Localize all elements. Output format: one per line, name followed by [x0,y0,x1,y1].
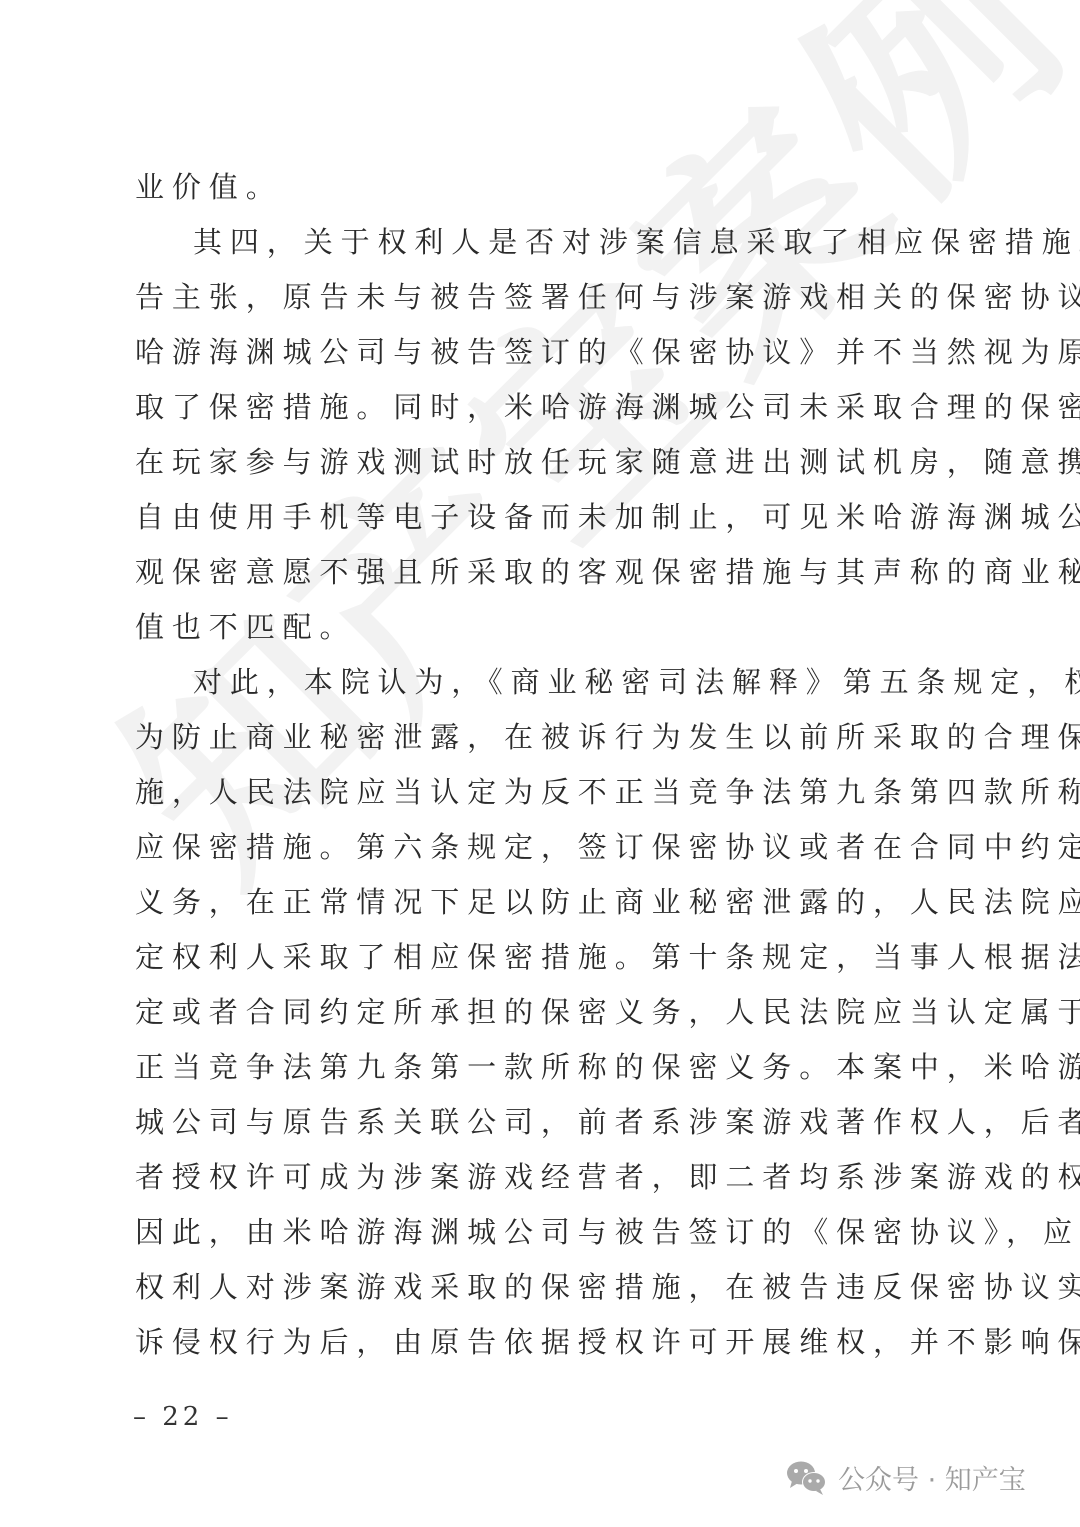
text-line: 定权利人采取了相应保密措施。第十条规定，当事人根据法律规 [135,930,950,985]
text-line: 应保密措施。第六条规定，签订保密协议或者在合同中约定保密 [135,820,950,875]
footer-brand: 公众号 · 知产宝 [786,1458,1026,1497]
text-line: 哈游海渊城公司与被告签订的《保密协议》并不当然视为原告采 [135,325,950,380]
text-line: 观保密意愿不强且所采取的客观保密措施与其声称的商业秘密价 [135,545,950,600]
text-line: 告主张，原告未与被告签署任何与涉案游戏相关的保密协议，米 [135,270,950,325]
text-line: 定或者合同约定所承担的保密义务，人民法院应当认定属于反不 [135,985,950,1040]
text-line: 业价值。 [135,160,950,215]
text-line: 值也不匹配。 [135,600,950,655]
text-line: 因此，由米哈游海渊城公司与被告签订的《保密协议》，应当视为 [135,1205,950,1260]
text-line: 诉侵权行为后，由原告依据授权许可开展维权，并不影响保密措 [135,1315,950,1370]
text-line: 在玩家参与游戏测试时放任玩家随意进出测试机房，随意携带且 [135,435,950,490]
text-line: 权利人对涉案游戏采取的保密措施，在被告违反保密协议实施被 [135,1260,950,1315]
text-line: 正当竞争法第九条第一款所称的保密义务。本案中，米哈游海渊 [135,1040,950,1095]
wechat-icon [786,1460,828,1496]
text-line: 其四，关于权利人是否对涉案信息采取了相应保密措施。被 [135,215,950,270]
text-line: 者授权许可成为涉案游戏经营者，即二者均系涉案游戏的权利人。 [135,1150,950,1205]
text-line: 义务，在正常情况下足以防止商业秘密泄露的，人民法院应当认 [135,875,950,930]
text-line: 取了保密措施。同时，米哈游海渊城公司未采取合理的保密措施， [135,380,950,435]
text-line: 为防止商业秘密泄露，在被诉行为发生以前所采取的合理保密措 [135,710,950,765]
text-line: 自由使用手机等电子设备而未加制止，可见米哈游海渊城公司主 [135,490,950,545]
brand-text: 公众号 · 知产宝 [838,1458,1026,1497]
text-line: 城公司与原告系关联公司，前者系涉案游戏著作权人，后者经前 [135,1095,950,1150]
text-line: 对此，本院认为，《商业秘密司法解释》第五条规定，权利人 [135,655,950,710]
page-number: – 22 – [133,1402,233,1432]
document-body: 业价值。 其四，关于权利人是否对涉案信息采取了相应保密措施。被 告主张，原告未与… [135,160,950,1370]
text-line: 施，人民法院应当认定为反不正当竞争法第九条第四款所称的相 [135,765,950,820]
